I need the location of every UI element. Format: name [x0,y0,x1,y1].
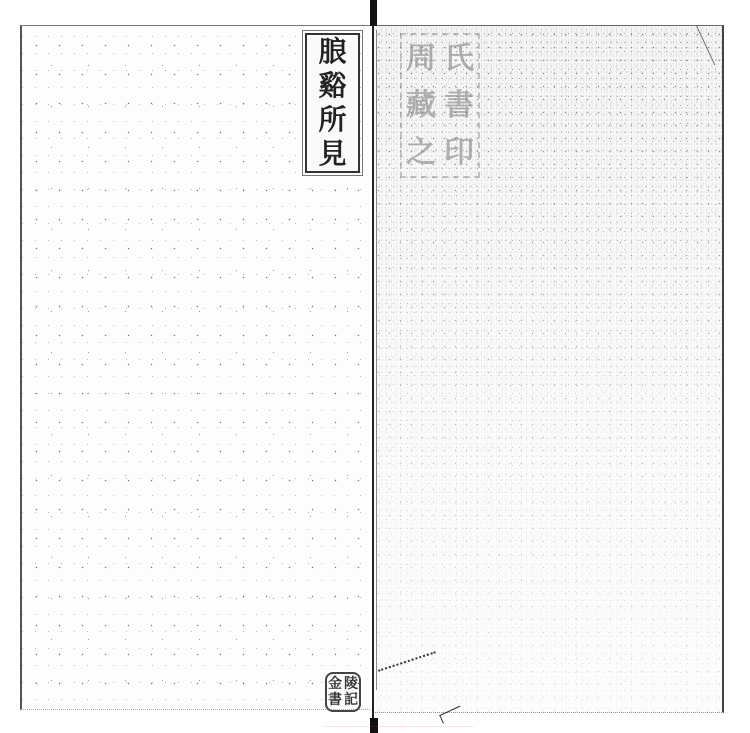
bottom-seal-stamp: 金 陵 書 記 [325,672,361,712]
seal-character: 書 [328,692,342,708]
seal-character: 所 [318,105,346,135]
seal-character: 見 [318,139,346,169]
seal-character: 之 [406,133,436,173]
seal-character: 谿 [318,71,346,101]
seal-character: 周 [406,39,436,79]
binding-top-marker [370,0,377,26]
seal-character: 氏 [444,39,474,79]
seal-character: 朖 [318,37,346,67]
binding-spine-line [372,25,374,720]
seal-character: 書 [444,86,474,126]
seal-character: 印 [444,133,474,173]
collector-seal-stamp: 周 氏 藏 書 之 印 [400,33,480,178]
seal-character: 金 [328,676,342,692]
seal-character: 陵 [344,676,358,692]
title-seal-stamp: 朖 谿 所 見 [305,33,360,173]
binding-spine-shadow [376,30,377,690]
seal-character: 藏 [406,86,436,126]
footer-watermark: ········································… [325,724,474,730]
seal-character: 記 [344,692,358,708]
